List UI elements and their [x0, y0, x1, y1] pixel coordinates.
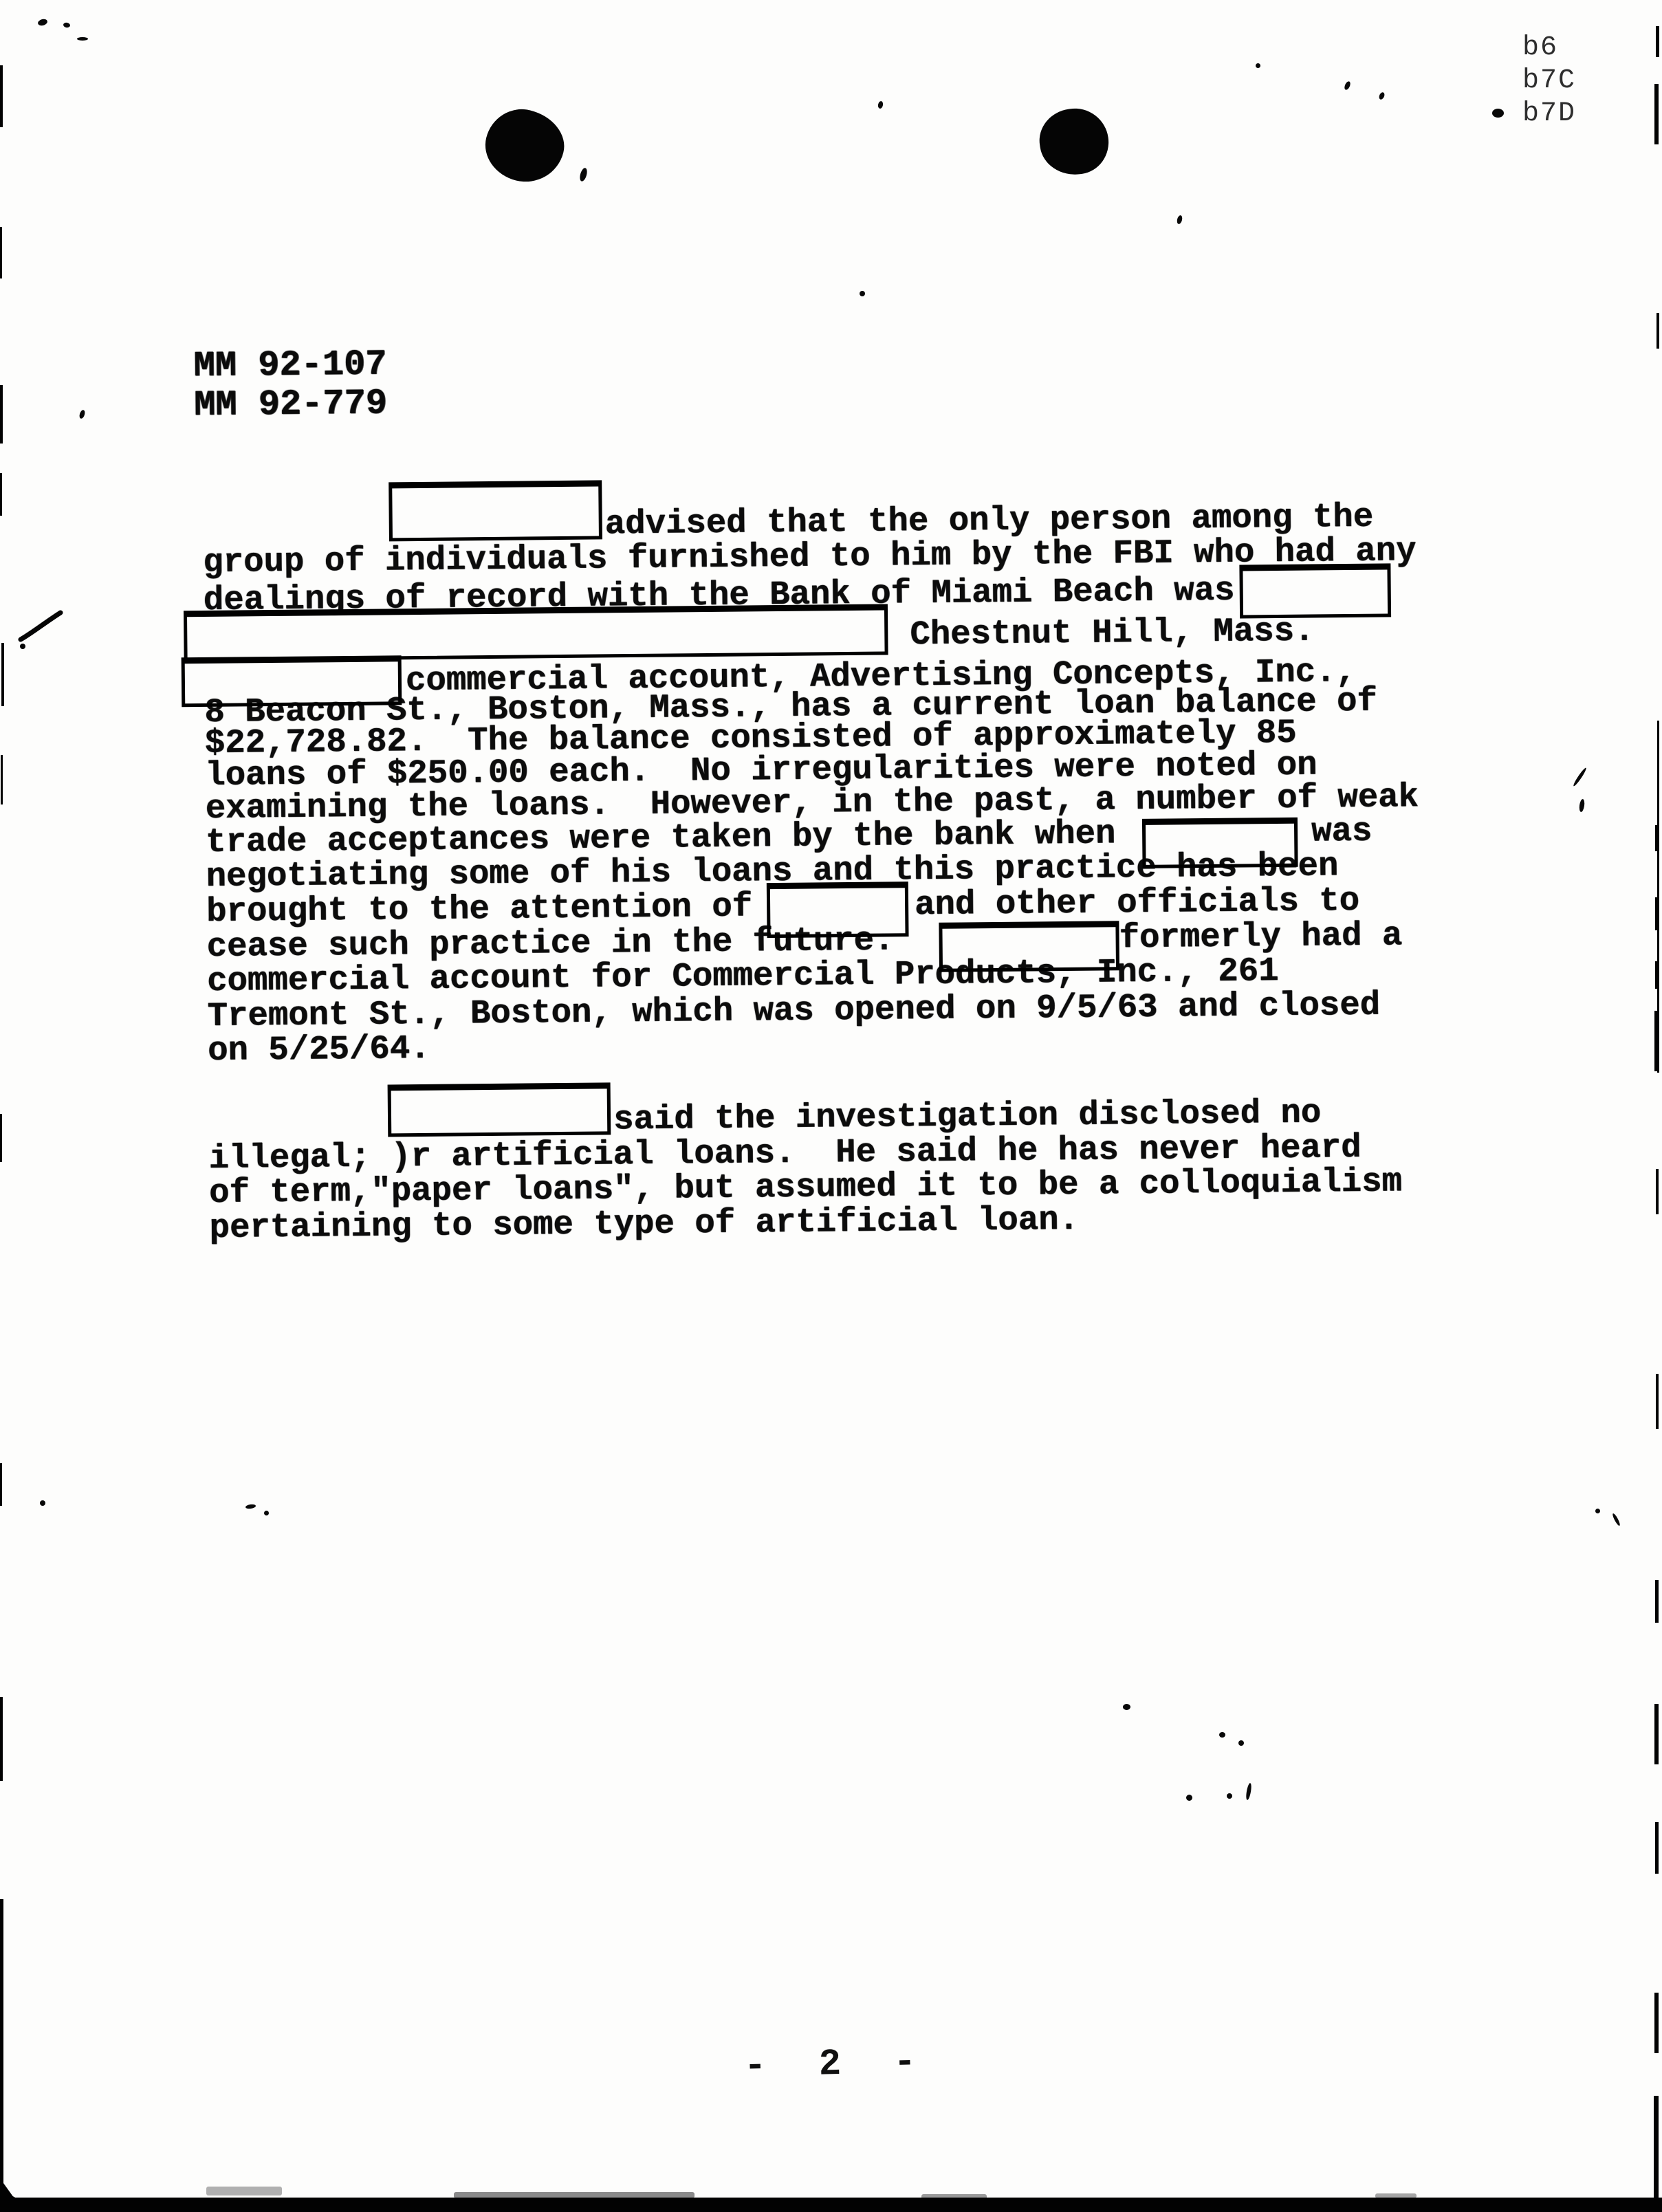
- page-edge-mark: [1654, 1011, 1659, 1071]
- ink-speck: [40, 1500, 45, 1506]
- ink-speck: [1219, 1732, 1225, 1738]
- redaction-box: [939, 921, 1119, 972]
- page-edge-mark: [1, 643, 4, 706]
- redaction-boxes: [0, 0, 1656, 2]
- page-edge-mark: [1655, 897, 1659, 930]
- redaction-box: [767, 881, 909, 938]
- text-line: formerly had a: [1119, 916, 1402, 957]
- ghost-mark: [206, 2187, 282, 2195]
- page-edge-mark: [1655, 961, 1659, 989]
- page-number: - 2 -: [743, 2041, 932, 2088]
- page-edge-mark: [1655, 1580, 1659, 1623]
- ink-speck: [1227, 1793, 1232, 1799]
- page-edge-mark: [0, 1463, 2, 1506]
- page-edge-mark: [1656, 26, 1659, 57]
- page-edge-mark: [0, 1899, 3, 2212]
- page-edge-mark: [0, 227, 2, 278]
- page-edge-mark: [1654, 1993, 1659, 2053]
- ink-speck: [1186, 1795, 1192, 1801]
- page-edge-mark: [0, 473, 2, 516]
- text-line: on 5/25/64.: [208, 1029, 430, 1070]
- page-edge-mark: [0, 385, 3, 444]
- document-page: b6b7Cb7D MM 92-107MM 92-779 advised that…: [0, 0, 1662, 2212]
- text-line: was: [1311, 812, 1373, 851]
- page-edge-mark: [0, 1114, 2, 1162]
- case-number: MM 92-779: [194, 383, 387, 426]
- case-numbers: MM 92-107MM 92-779: [0, 0, 1656, 2]
- redaction-box: [388, 1082, 611, 1137]
- page-edge-mark: [1656, 1374, 1659, 1429]
- redaction-box: [184, 604, 888, 661]
- pen-mark: [15, 605, 73, 653]
- ink-speck: [1256, 63, 1260, 68]
- page-edge-mark: [1656, 313, 1659, 349]
- page-edge-mark: [1654, 1704, 1659, 1764]
- ink-speck: [1595, 1509, 1600, 1513]
- ink-speck: [264, 1511, 269, 1515]
- ink-speck: [860, 291, 865, 296]
- body-text: advised that the only person among thegr…: [0, 0, 1656, 2]
- ink-speck: [1492, 109, 1504, 118]
- page-edge-mark: [1655, 1822, 1659, 1874]
- page-edge-mark: [1, 755, 3, 804]
- redaction-box: [182, 655, 402, 707]
- page-edge-mark: [0, 1697, 3, 1781]
- page-edge-mark: [0, 65, 3, 127]
- text-line: pertaining to some type of artificial lo…: [209, 1201, 1079, 1247]
- page-edge-mark: [1655, 825, 1659, 851]
- redaction-box: [389, 480, 602, 541]
- case-number: MM 92-107: [193, 344, 386, 386]
- ink-speck: [77, 37, 88, 41]
- redaction-box: [1239, 563, 1391, 618]
- ink-speck: [1123, 1704, 1130, 1710]
- page-edge-mark: [1656, 1169, 1659, 1214]
- ink-speck: [1238, 1740, 1244, 1746]
- page-edge-mark: [1654, 84, 1659, 144]
- typed-text-block: MM 92-107MM 92-779 advised that the only…: [0, 0, 1662, 2212]
- redaction-box: [1142, 818, 1298, 868]
- page-edge-mark: [1654, 2096, 1659, 2199]
- scan-bottom-strip: [0, 2198, 1662, 2212]
